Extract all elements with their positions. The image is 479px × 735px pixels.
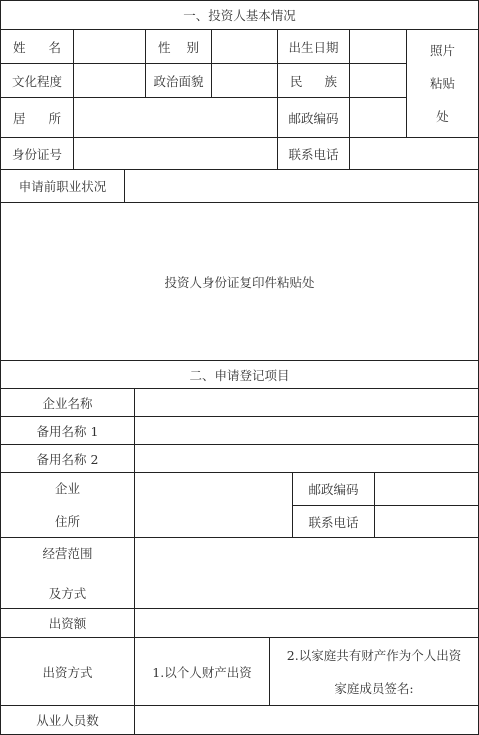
gender-field[interactable] [211, 29, 278, 64]
id-number-field[interactable] [73, 137, 278, 170]
education-label: 文化程度 [0, 63, 74, 98]
capital-option-family-text: 2.以家庭共有财产作为个人出资 [287, 639, 461, 672]
education-field[interactable] [73, 63, 146, 98]
capital-method-label: 出资方式 [0, 637, 135, 706]
investor-registration-form: 一、投资人基本情况 姓 名 性 别 出生日期 照片 粘贴 处 文化程度 政治面貌… [0, 0, 479, 735]
residence-field[interactable] [73, 97, 278, 138]
gender-label-char1: 性 [158, 38, 171, 56]
alt-name2-label: 备用名称 2 [0, 444, 135, 473]
photo-label-line1: 照片 [430, 34, 455, 67]
company-address-label: 企业 住所 [0, 472, 135, 538]
prior-occupation-label: 申请前职业状况 [0, 169, 125, 203]
capital-amount-label: 出资额 [0, 608, 135, 638]
gender-label: 性 别 [145, 29, 212, 64]
ethnicity-label: 民 族 [277, 63, 350, 98]
company-phone-field[interactable] [374, 505, 479, 538]
political-status-label: 政治面貌 [145, 63, 212, 98]
ethnicity-field[interactable] [349, 63, 407, 98]
section2-title: 二、申请登记项目 [0, 360, 479, 389]
residence-label-char2: 所 [48, 109, 61, 127]
photo-label-line3: 处 [436, 100, 449, 133]
employees-label: 从业人员数 [0, 705, 135, 735]
birthdate-field[interactable] [349, 29, 407, 64]
capital-option-family[interactable]: 2.以家庭共有财产作为个人出资 家庭成员签名: [269, 637, 479, 706]
photo-paste-area[interactable]: 照片 粘贴 处 [406, 29, 479, 138]
business-scope-label-line1: 经营范围 [42, 544, 92, 562]
family-signature-label: 家庭成员签名: [334, 672, 413, 705]
residence-label: 居 所 [0, 97, 74, 138]
postcode-label: 邮政编码 [277, 97, 350, 138]
name-label-char2: 名 [48, 38, 61, 56]
ethnicity-label-char2: 族 [324, 72, 337, 90]
alt-name2-field[interactable] [134, 444, 479, 473]
business-scope-label-line2: 及方式 [49, 584, 87, 602]
company-name-label: 企业名称 [0, 388, 135, 417]
capital-amount-field[interactable] [134, 608, 479, 638]
prior-occupation-field[interactable] [124, 169, 479, 203]
birthdate-label: 出生日期 [277, 29, 350, 64]
company-name-field[interactable] [134, 388, 479, 417]
ethnicity-label-char1: 民 [290, 72, 303, 90]
residence-label-char1: 居 [13, 109, 26, 127]
name-field[interactable] [73, 29, 146, 64]
id-number-label: 身份证号 [0, 137, 74, 170]
alt-name1-label: 备用名称 1 [0, 416, 135, 445]
name-label: 姓 名 [0, 29, 74, 64]
phone-field[interactable] [349, 137, 479, 170]
alt-name1-field[interactable] [134, 416, 479, 445]
company-address-field[interactable] [134, 472, 293, 538]
id-copy-label: 投资人身份证复印件粘贴处 [164, 273, 314, 291]
name-label-char1: 姓 [13, 38, 26, 56]
company-postcode-field[interactable] [374, 472, 479, 506]
business-scope-field[interactable] [134, 537, 479, 609]
political-status-field[interactable] [211, 63, 278, 98]
company-address-label-line1: 企业 [55, 472, 80, 505]
company-address-label-line2: 住所 [55, 505, 80, 538]
phone-label: 联系电话 [277, 137, 350, 170]
id-copy-paste-area[interactable]: 投资人身份证复印件粘贴处 [0, 202, 479, 361]
section1-title: 一、投资人基本情况 [0, 0, 479, 30]
company-phone-label: 联系电话 [292, 505, 375, 538]
employees-field[interactable] [134, 705, 479, 735]
company-postcode-label: 邮政编码 [292, 472, 375, 506]
business-scope-label: 经营范围 及方式 [0, 537, 135, 609]
capital-option-personal[interactable]: 1.以个人财产出资 [134, 637, 270, 706]
postcode-field[interactable] [349, 97, 407, 138]
gender-label-char2: 别 [186, 38, 199, 56]
photo-label-line2: 粘贴 [430, 67, 455, 100]
